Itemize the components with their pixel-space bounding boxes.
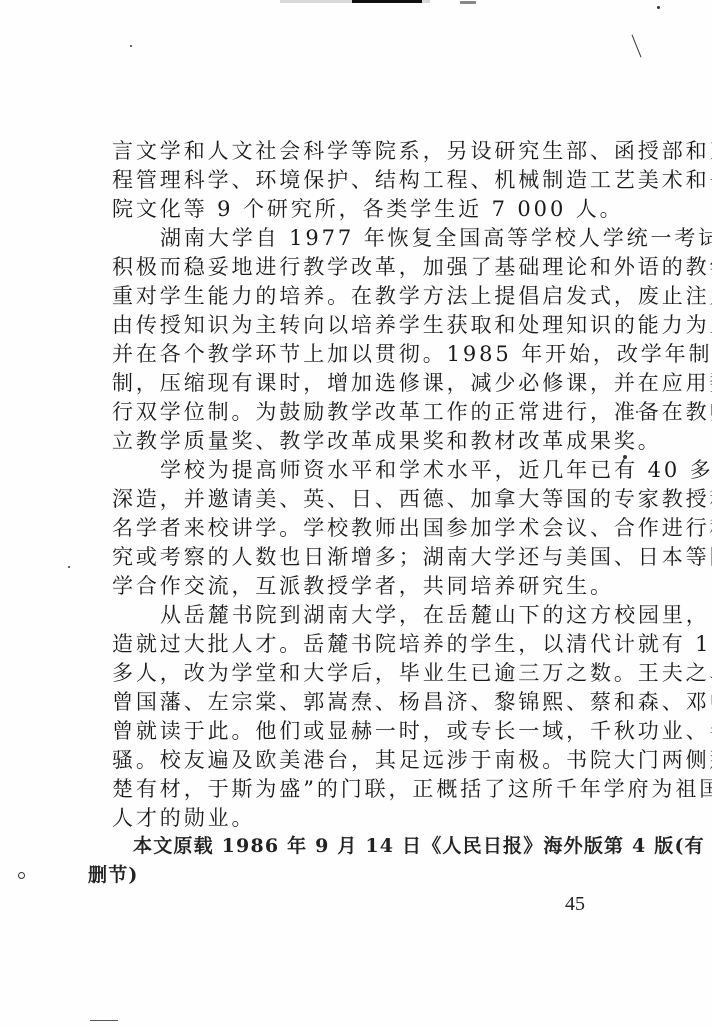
text-line: 楚有材，于斯为盛”的门联，正概括了这所千年学府为祖国培养	[112, 775, 608, 804]
text-line: 名学者来校讲学。学校教师出国参加学术会议、合作进行科学研	[112, 514, 608, 543]
text-line: 由传授知识为主转向以培养学生获取和处理知识的能力为主，	[112, 311, 608, 340]
text-line: 人才的勋业。	[112, 804, 608, 833]
scan-speck	[68, 566, 70, 568]
scan-ring-speck	[18, 872, 25, 879]
body-text: 言文学和人文社会科学等院系，另设研究生部、函授部和系统工 程管理科学、环境保护、…	[112, 137, 612, 833]
scan-speck	[657, 6, 660, 9]
text-line: 并在各个教学环节上加以贯彻。1985 年开始，改学年制为学分	[112, 340, 608, 369]
scan-artifact-top-rule	[352, 0, 422, 3]
text-line: 院文化等 9 个研究所，各类学生近 7 000 人。	[112, 195, 608, 224]
text-line: 积极而稳妥地进行教学改革，加强了基础理论和外语的教学，注	[112, 253, 608, 282]
text-line: 言文学和人文社会科学等院系，另设研究生部、函授部和系统工	[112, 137, 608, 166]
text-line: 究或考察的人数也日渐增多；湖南大学还与美国、日本等国的大	[112, 543, 608, 572]
text-line: 深造，并邀请美、英、日、西德、加拿大等国的专家教授和国内著	[112, 485, 608, 514]
text-line: 学合作交流，互派教授学者，共同培养研究生。	[112, 572, 608, 601]
text-line: 多人，改为学堂和大学后，毕业生已逾三万之数。王夫之、魏源、	[112, 659, 608, 688]
text-line: 行双学位制。为鼓励教学改革工作的正常进行，准备在教师中设	[112, 398, 608, 427]
text-line: 程管理科学、环境保护、结构工程、机械制造工艺美术和岳麓书	[112, 166, 608, 195]
text-line: 造就过大批人才。岳麓书院培养的学生，以清代计就有 17 000	[112, 630, 608, 659]
scan-speck	[130, 45, 132, 47]
paragraph-start-line: 从岳麓书院到湖南大学，在岳麓山下的这方校园里，曾培育	[112, 601, 608, 630]
text-line: 重对学生能力的培养。在教学方法上提倡启发式，废止注入式，	[112, 282, 608, 311]
text-line: 立教学质量奖、教学改革成果奖和教材改革成果奖。	[112, 427, 608, 456]
paragraph-start-line: 学校为提高师资水平和学术水平，近几年已有 40 多人出国	[112, 456, 608, 485]
paragraph-start-line: 湖南大学自 1977 年恢复全国高等学校人学统一考试以来，	[112, 224, 608, 253]
text-line: 骚。校友遍及欧美港台，其足远涉于南极。书院大门两侧那“惟	[112, 746, 608, 775]
scan-artifact-stroke	[632, 35, 642, 58]
scan-artifact-mark	[460, 1, 476, 4]
text-line: 制，压缩现有课时，增加选修课，减少必修课，并在应用数学系试	[112, 369, 608, 398]
scan-artifact-bottom	[90, 1020, 118, 1021]
source-note-line: 本文原载 1986 年 9 月 14 日《人民日报》海外版第 4 版(有	[128, 832, 608, 861]
source-note-line: 删节)	[88, 861, 608, 890]
source-note: 本文原载 1986 年 9 月 14 日《人民日报》海外版第 4 版(有 删节)	[128, 832, 608, 890]
text-line: 曾国藩、左宗棠、郭嵩焘、杨昌济、黎锦熙、蔡和森、邓中夏等，都	[112, 688, 608, 717]
text-line: 曾就读于此。他们或显赫一时，或专长一域，千秋功业、各领风	[112, 717, 608, 746]
page-number: 45	[565, 893, 585, 916]
document-page: 言文学和人文社会科学等院系，另设研究生部、函授部和系统工 程管理科学、环境保护、…	[0, 0, 712, 1027]
